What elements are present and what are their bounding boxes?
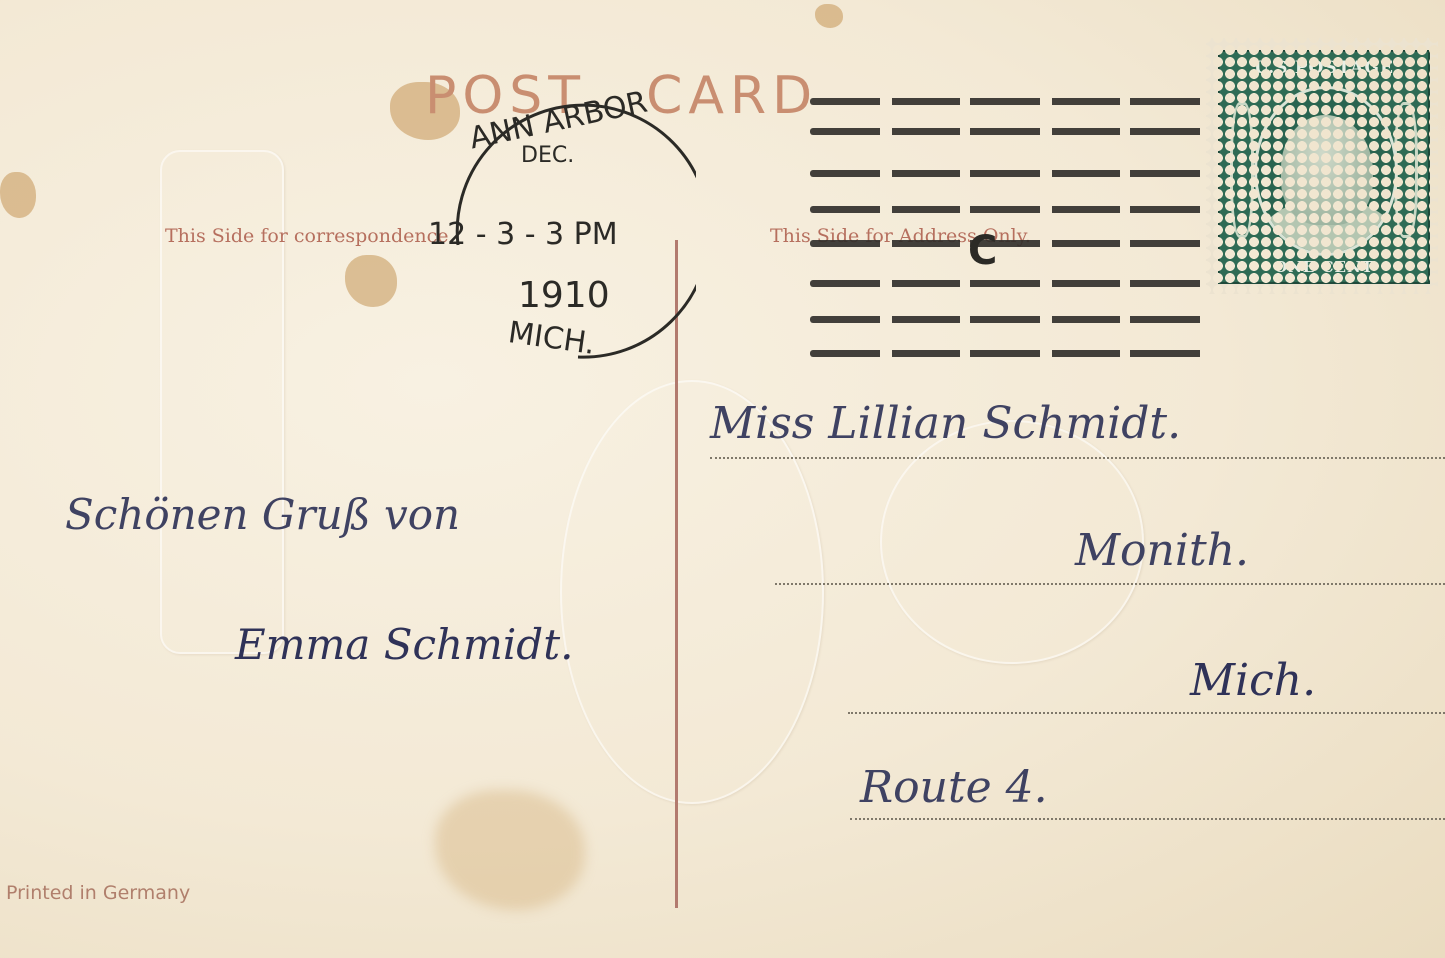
cancel-bar [810,206,1205,213]
stain [435,790,585,910]
stain [815,4,843,28]
address-rule-2 [775,583,1445,585]
cancel-bar [810,350,1205,357]
postmark-month: DEC. [521,143,574,168]
printed-in-germany: Printed in Germany [6,882,190,904]
cancel-bar [810,98,1205,105]
address-line-4: Route 4. [860,762,1048,813]
message-line-1: Schönen Gruß von [65,490,460,539]
message-line-2: Emma Schmidt. [235,620,573,669]
stamp-portrait [1254,86,1398,256]
postcard-back: POSTCARD This Side for correspondence. T… [0,0,1445,958]
address-rule-4 [850,818,1445,820]
cancel-letter: C [968,228,997,274]
stamp-top-text: U.S.POSTAGE [1220,58,1428,78]
address-line-3: Mich. [1190,655,1316,706]
laurel-left-icon [1230,102,1254,238]
cancel-bar [810,128,1205,135]
cancel-bar [810,240,1205,247]
cancel-bar [810,280,1205,287]
franklin-portrait-icon [1281,115,1373,225]
address-line-1: Miss Lillian Schmidt. [710,398,1181,449]
postmark: ANN ARBOR DEC. 12 - 3 - 3 PM 1910 MICH. [428,95,696,363]
address-rule-1 [710,457,1445,459]
cancel-bar [810,170,1205,177]
address-rule-3 [848,712,1445,714]
address-line-2: Monith. [1075,525,1249,576]
stamp-bottom-text: ONE CENT [1220,258,1428,276]
stain [345,255,397,307]
postmark-year: 1910 [518,275,610,316]
postage-stamp: U.S.POSTAGE ONE CENT [1206,38,1438,294]
correspondence-label: This Side for correspondence. [165,225,455,247]
postmark-date-time: 12 - 3 - 3 PM [428,217,618,252]
stain [0,172,36,218]
cancel-bar [810,316,1205,323]
